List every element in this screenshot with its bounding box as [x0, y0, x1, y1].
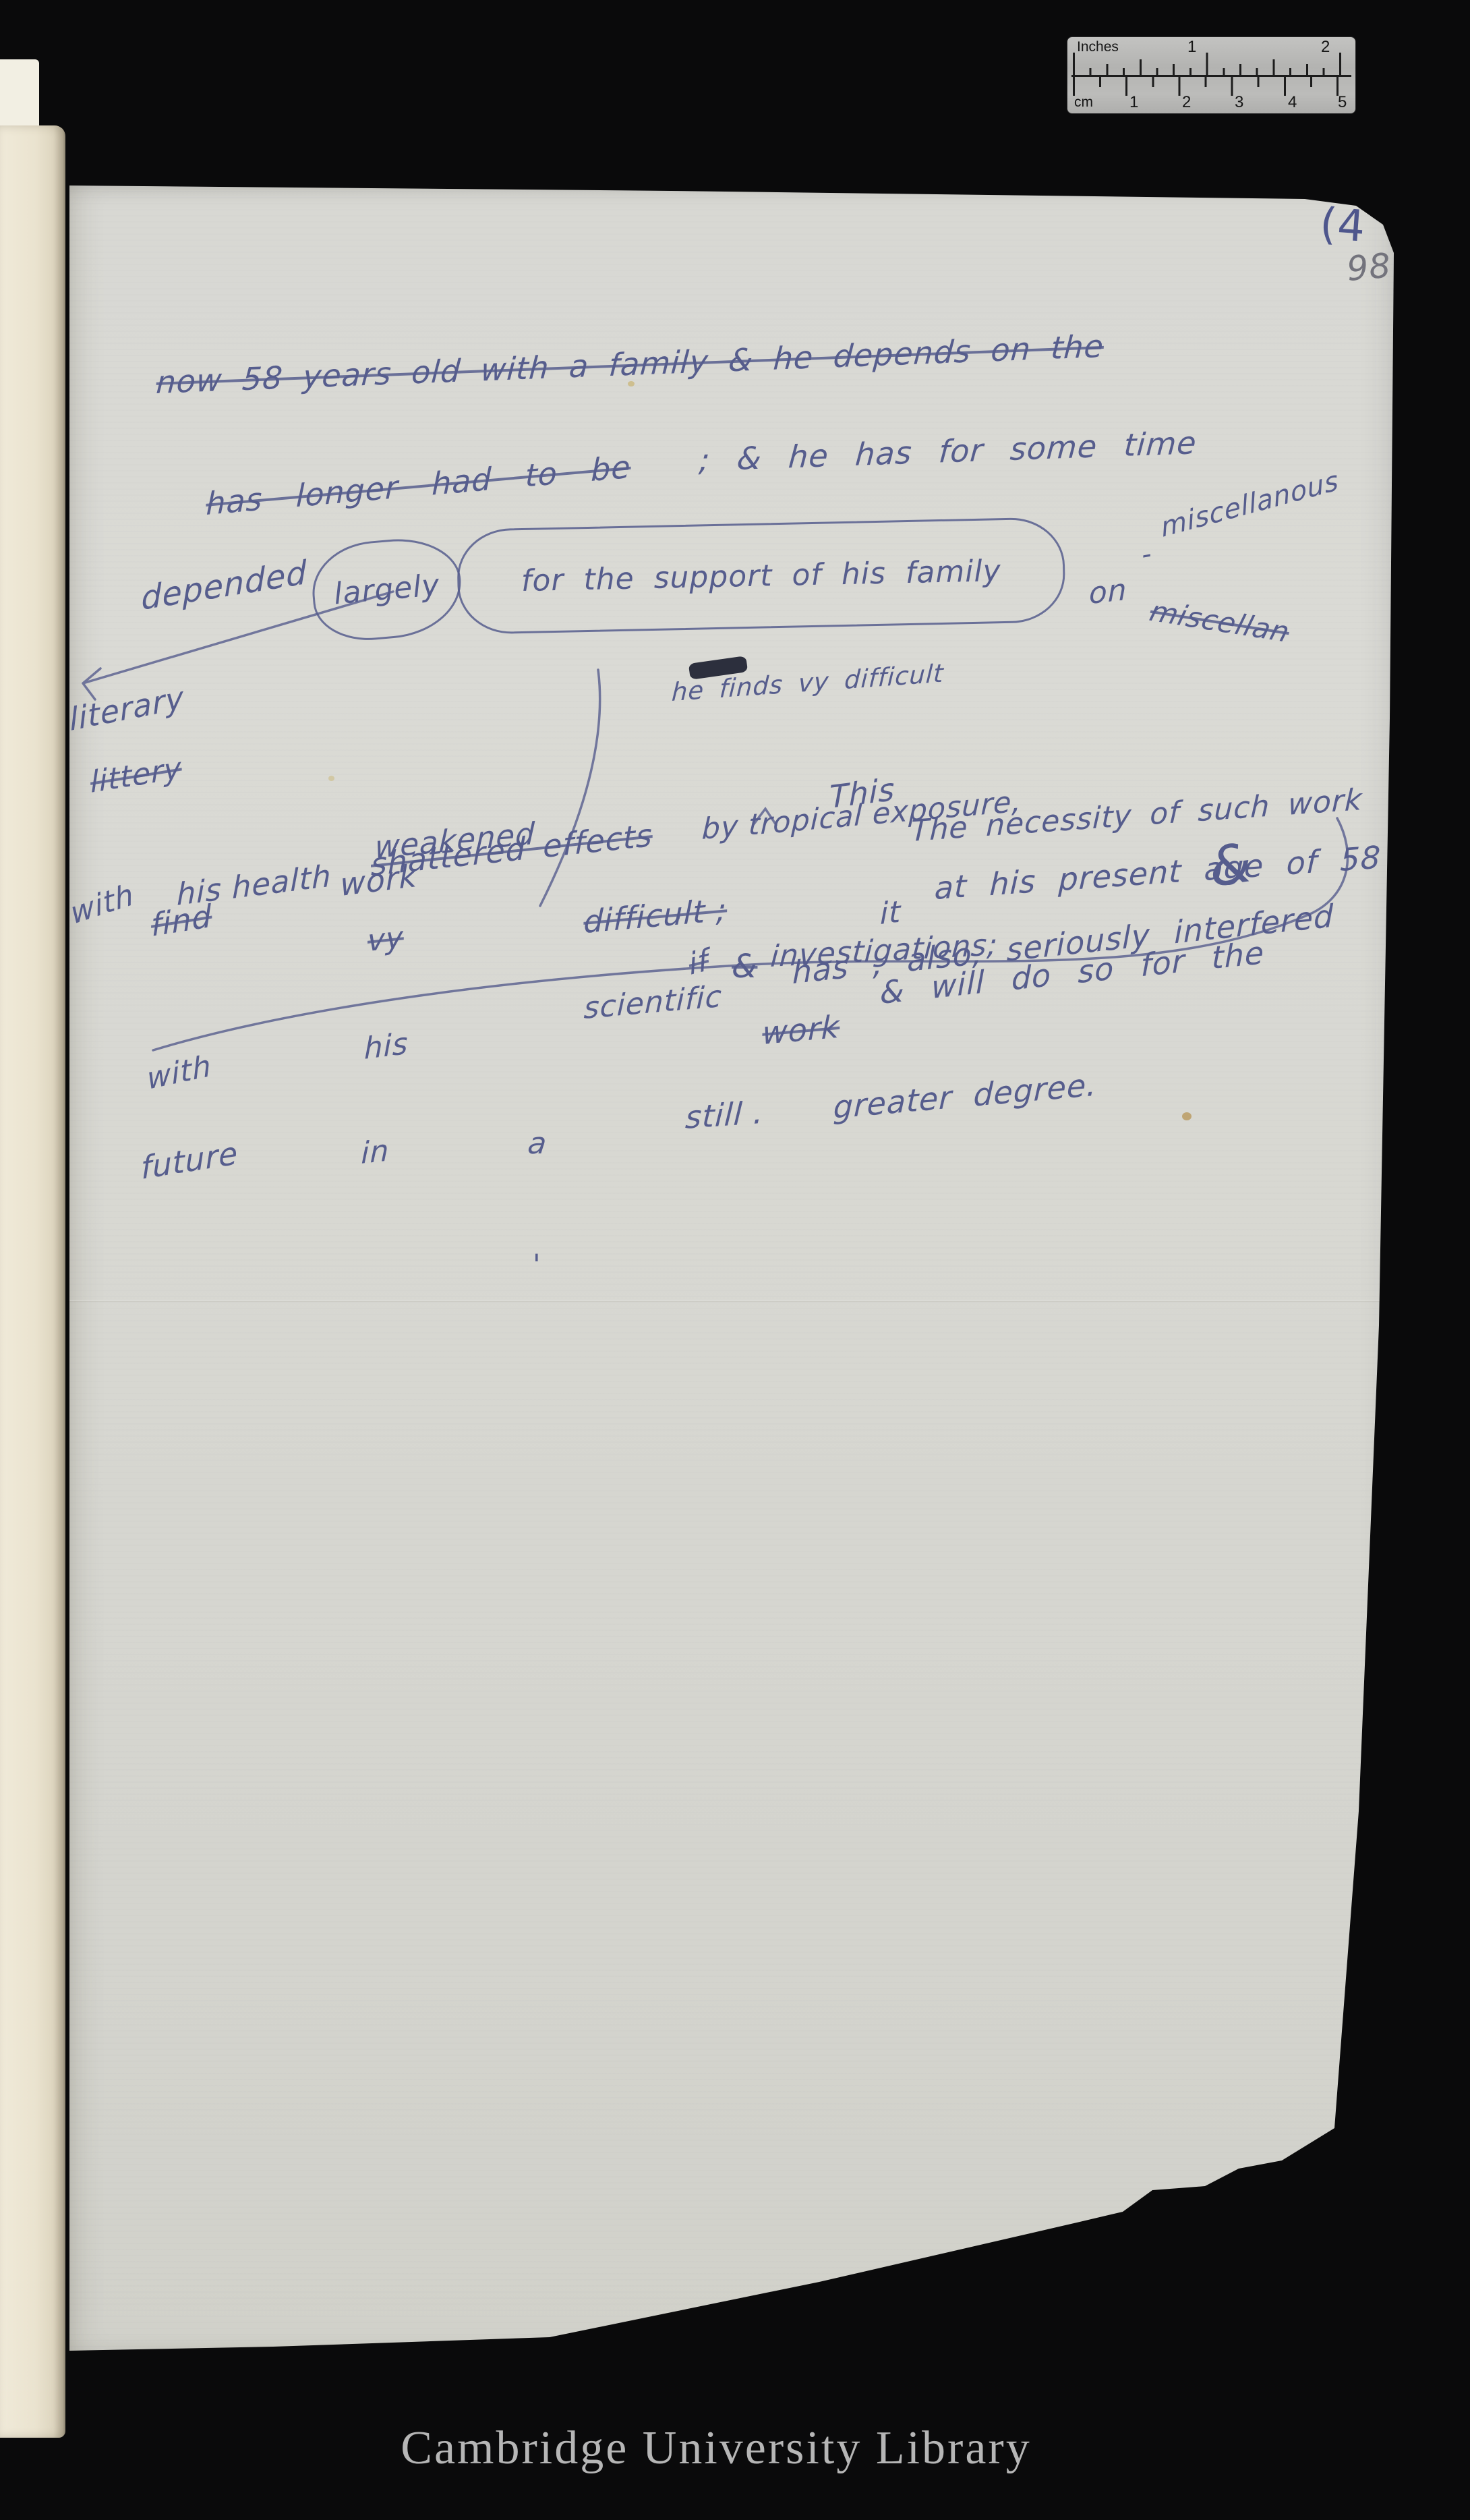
handwriting-stray-mark: ': [533, 1248, 541, 1281]
handwriting-amp-struck: &: [732, 948, 757, 985]
insertion-stroke-work: [540, 670, 600, 906]
library-watermark: Cambridge University Library: [0, 2422, 1451, 2475]
folio-number-pencil: 98: [1345, 246, 1392, 289]
handwriting-miscellanous-above: miscellanous: [1159, 465, 1341, 544]
handwriting-support-oval: for the support of his family: [457, 517, 1066, 635]
handwriting-with-2: with: [146, 1048, 212, 1097]
handwriting-a: a: [526, 1126, 549, 1161]
handwriting-on: on: [1089, 573, 1127, 611]
ruler-cm-label: cm: [1074, 94, 1093, 111]
ruler-inches-label: Inches: [1077, 39, 1119, 55]
manuscript-page: (4 98 now 58 years old with a family & h…: [64, 179, 1406, 2356]
handwriting-support-text: for the support of his family: [521, 554, 1001, 598]
handwriting-at-age: at his present age of 58: [934, 838, 1382, 907]
ruler-inch-ticks: [1073, 53, 1350, 77]
scan-background: Inches 1 2 cm 1 2 3 4 5 (4 98 now 58 yea…: [0, 0, 1470, 2520]
handwriting-literary-struck: littery: [90, 751, 182, 800]
photographic-ruler: Inches 1 2 cm 1 2 3 4 5: [1067, 37, 1355, 113]
handwriting-with: with: [68, 877, 137, 932]
paper-crease: [64, 1300, 1406, 1302]
handwriting-work-struck: work: [762, 1008, 840, 1052]
ruler-inch-1: 1: [1187, 38, 1196, 57]
ruler-cm-ticks: [1073, 77, 1350, 97]
paper-speck: [1182, 1112, 1192, 1120]
handwriting-miscellan-struck: miscellan: [1146, 594, 1293, 648]
handwriting-line2: ; & he has for some time: [698, 424, 1198, 478]
handwriting-scientific: scientific: [583, 979, 723, 1026]
handwriting-if-struck: if: [687, 943, 711, 982]
handwriting-greater-degree: greater degree.: [833, 1066, 1098, 1126]
handwriting-it: it: [880, 894, 901, 932]
handwriting-line1-struck: now 58 years old with a family & he depe…: [155, 328, 1105, 401]
handwriting-literary: literary: [68, 679, 185, 738]
handwriting-future: future: [140, 1135, 239, 1186]
paper-speck: [328, 776, 334, 781]
handwriting-vy-struck: vy: [367, 920, 404, 958]
folio-number-ink: (4: [1318, 199, 1368, 252]
ruler-cm-2: 2: [1182, 93, 1191, 112]
ruler-inch-2: 2: [1321, 38, 1330, 57]
handwriting-insert-dash: -: [1139, 538, 1154, 571]
handwriting-difficult-struck: difficult ;: [583, 891, 728, 940]
ruler-cm-4: 4: [1288, 93, 1297, 112]
handwriting-find-struck: find: [150, 897, 212, 944]
handwriting-still: still .: [684, 1094, 765, 1136]
ruler-cm-3: 3: [1235, 93, 1243, 112]
ruler-cm-5: 5: [1338, 93, 1347, 112]
handwriting-line2-struck: has longer had to be: [206, 449, 631, 522]
handwriting-his: his: [364, 1027, 409, 1066]
book-page-edge: [0, 125, 65, 2438]
handwriting-largely-circled: largely: [308, 534, 465, 645]
handwriting-ampersand-flourish: &: [1205, 831, 1256, 899]
handwriting-in: in: [361, 1133, 390, 1171]
ruler-cm-1: 1: [1129, 93, 1138, 112]
handwriting-largely-text: largely: [332, 567, 441, 611]
handwriting-depended: depended: [141, 554, 307, 618]
